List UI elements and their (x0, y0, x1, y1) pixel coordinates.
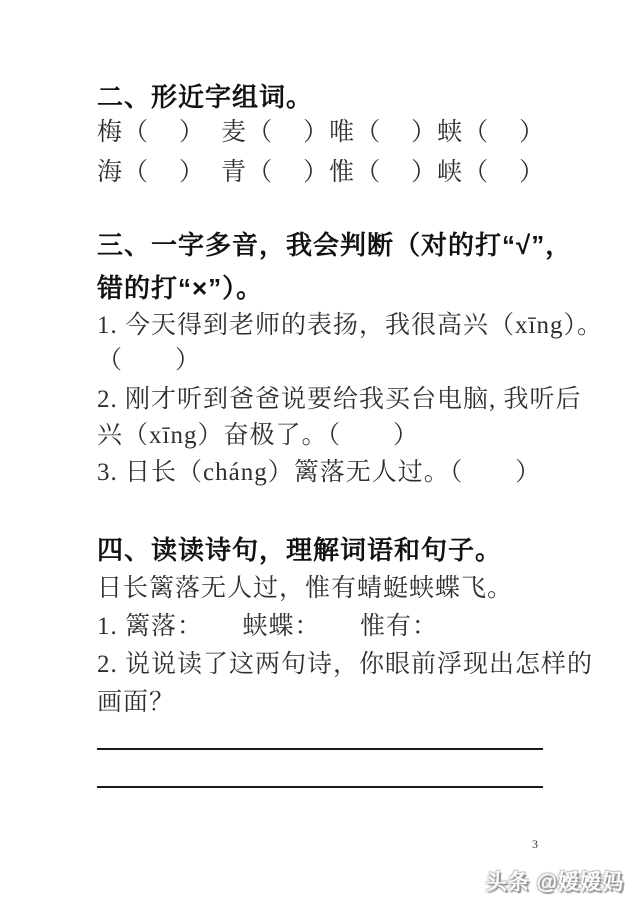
word-blank-group: 海（） (97, 159, 205, 186)
section-4-item-2-line-1: 2. 说说读了这两句诗，你眼前浮现出怎样的 (97, 650, 593, 680)
page-number: 3 (532, 837, 538, 852)
word-blank-group: 蛱（） (437, 119, 545, 146)
word-blank-group: 唯（） (329, 119, 437, 146)
section-3-item-2-line-2: 兴（xīng）奋极了。（ ） (97, 421, 419, 451)
section-3-heading-line-1: 三、一字多音，我会判断（对的打“√”， (97, 230, 572, 261)
section-2-word-row-2: 海（）青（）惟（）峡（） (97, 158, 545, 188)
section-4-item-2-line-2: 画面？ (97, 688, 175, 718)
section-4-poem-line: 日长篱落无人过，惟有蜻蜓蛱蝶飞。 (97, 574, 513, 604)
word-blank-group: 麦（） (221, 119, 329, 146)
section-3-item-1-answer-parens: （ ） (97, 346, 201, 376)
word-blank-group: 梅（） (97, 119, 205, 146)
answer-line-2 (97, 786, 543, 788)
section-3-item-1-line-1: 1. 今天得到老师的表扬，我很高兴（xīng）。 (97, 311, 603, 341)
section-3-heading-line-2: 错的打“×”）。 (97, 273, 263, 304)
word-blank-group: 峡（） (437, 159, 545, 186)
watermark-credit: 头条 @嫒嫒妈 (486, 866, 624, 896)
section-3-item-3: 3. 日长（cháng）篱落无人过。（ ） (97, 458, 541, 488)
word-blank-group: 惟（） (329, 159, 437, 186)
answer-line-1 (97, 748, 543, 750)
section-2-heading: 二、形近字组词。 (97, 82, 313, 113)
section-3-item-2-line-1: 2. 刚才听到爸爸说要给我买台电脑, 我听后 (97, 385, 582, 415)
worksheet-page: 二、形近字组词。 梅（）麦（）唯（）蛱（） 海（）青（）惟（）峡（） 三、一字多… (0, 0, 640, 905)
section-4-heading: 四、读读诗句，理解词语和句子。 (97, 535, 502, 566)
section-4-item-1: 1. 篱落： 蛱蝶： 惟有： (97, 612, 438, 642)
section-2-word-row-1: 梅（）麦（）唯（）蛱（） (97, 118, 545, 148)
word-blank-group: 青（） (221, 159, 329, 186)
